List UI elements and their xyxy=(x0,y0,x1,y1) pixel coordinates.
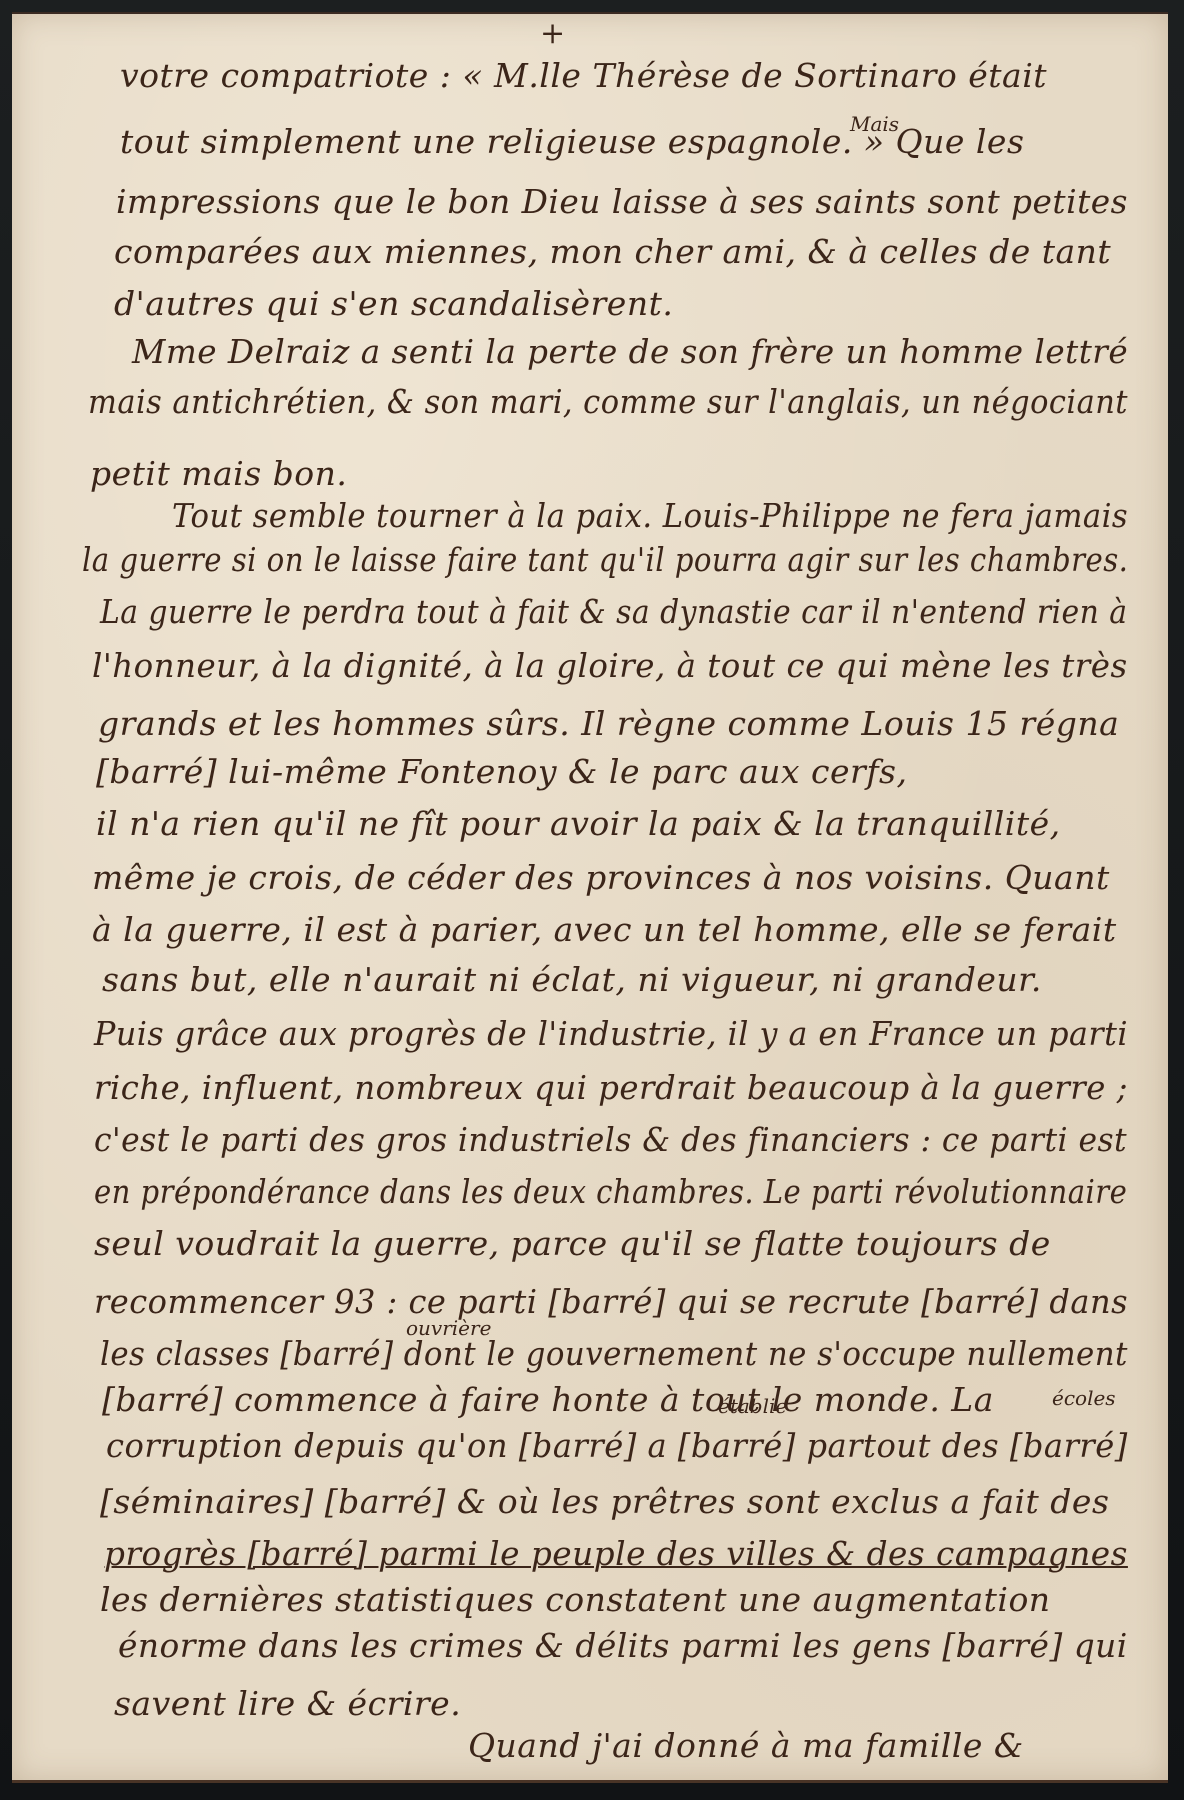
manuscript-line: tout simplement une religieuse espagnole… xyxy=(120,122,1024,161)
manuscript-line: [barré] lui-même Fontenoy & le parc aux … xyxy=(96,752,907,791)
manuscript-line: comparées aux miennes, mon cher ami, & à… xyxy=(114,232,1111,271)
manuscript-line: les classes [barré] dont le gouvernement… xyxy=(100,1334,1128,1373)
manuscript-line: en prépondérance dans les deux chambres.… xyxy=(94,1172,1127,1211)
manuscript-line: c'est le parti des gros industriels & de… xyxy=(94,1120,1127,1159)
manuscript-line: [barré] commence à faire honte à tout le… xyxy=(102,1380,994,1419)
manuscript-line: Puis grâce aux progrès de l'industrie, i… xyxy=(94,1014,1128,1053)
manuscript-line: il n'a rien qu'il ne fît pour avoir la p… xyxy=(96,804,1061,843)
manuscript-line: grands et les hommes sûrs. Il règne comm… xyxy=(98,704,1119,743)
manuscript-line: [séminaires] [barré] & où les prêtres so… xyxy=(100,1482,1109,1521)
manuscript-line: l'honneur, à la dignité, à la gloire, à … xyxy=(92,646,1128,685)
manuscript-line: Tout semble tourner à la paix. Louis-Phi… xyxy=(172,496,1128,535)
manuscript-line: mais antichrétien, & son mari, comme sur… xyxy=(88,382,1128,421)
manuscript-line: à la guerre, il est à parier, avec un te… xyxy=(92,910,1117,949)
insertion-ecoles: écoles xyxy=(1052,1386,1116,1410)
manuscript-line: La guerre le perdra tout à fait & sa dyn… xyxy=(100,592,1127,631)
manuscript-line: corruption depuis qu'on [barré] a [barré… xyxy=(106,1426,1128,1465)
manuscript-page: + Mais ouvrière établie écoles votre com… xyxy=(12,12,1168,1783)
manuscript-line: seul voudrait la guerre, parce qu'il se … xyxy=(94,1224,1051,1263)
insertion-cross-mark: + xyxy=(540,16,565,51)
manuscript-line-last: Quand j'ai donné à ma famille & xyxy=(468,1726,1024,1765)
manuscript-line: riche, influent, nombreux qui perdrait b… xyxy=(94,1068,1128,1107)
manuscript-line: les dernières statistiques constatent un… xyxy=(100,1580,1051,1619)
manuscript-line: sans but, elle n'aurait ni éclat, ni vig… xyxy=(102,960,1042,999)
manuscript-line: énorme dans les crimes & délits parmi le… xyxy=(118,1626,1128,1665)
manuscript-line: petit mais bon. xyxy=(90,454,347,493)
manuscript-line: progrès [barré] parmi le peuple des vill… xyxy=(104,1534,1128,1573)
manuscript-line: savent lire & écrire. xyxy=(114,1684,461,1723)
manuscript-line: votre compatriote : « M.lle Thérèse de S… xyxy=(120,56,1047,95)
manuscript-line: d'autres qui s'en scandalisèrent. xyxy=(114,284,673,323)
manuscript-line: la guerre si on le laisse faire tant qu'… xyxy=(82,540,1128,579)
manuscript-line: même je crois, de céder des provinces à … xyxy=(92,858,1110,897)
manuscript-line: impressions que le bon Dieu laisse à ses… xyxy=(116,182,1128,221)
manuscript-line: Mme Delraiz a senti la perte de son frèr… xyxy=(132,332,1128,371)
letter-body: + Mais ouvrière établie écoles votre com… xyxy=(12,14,1168,1780)
manuscript-line: recommencer 93 : ce parti [barré] qui se… xyxy=(94,1282,1128,1321)
